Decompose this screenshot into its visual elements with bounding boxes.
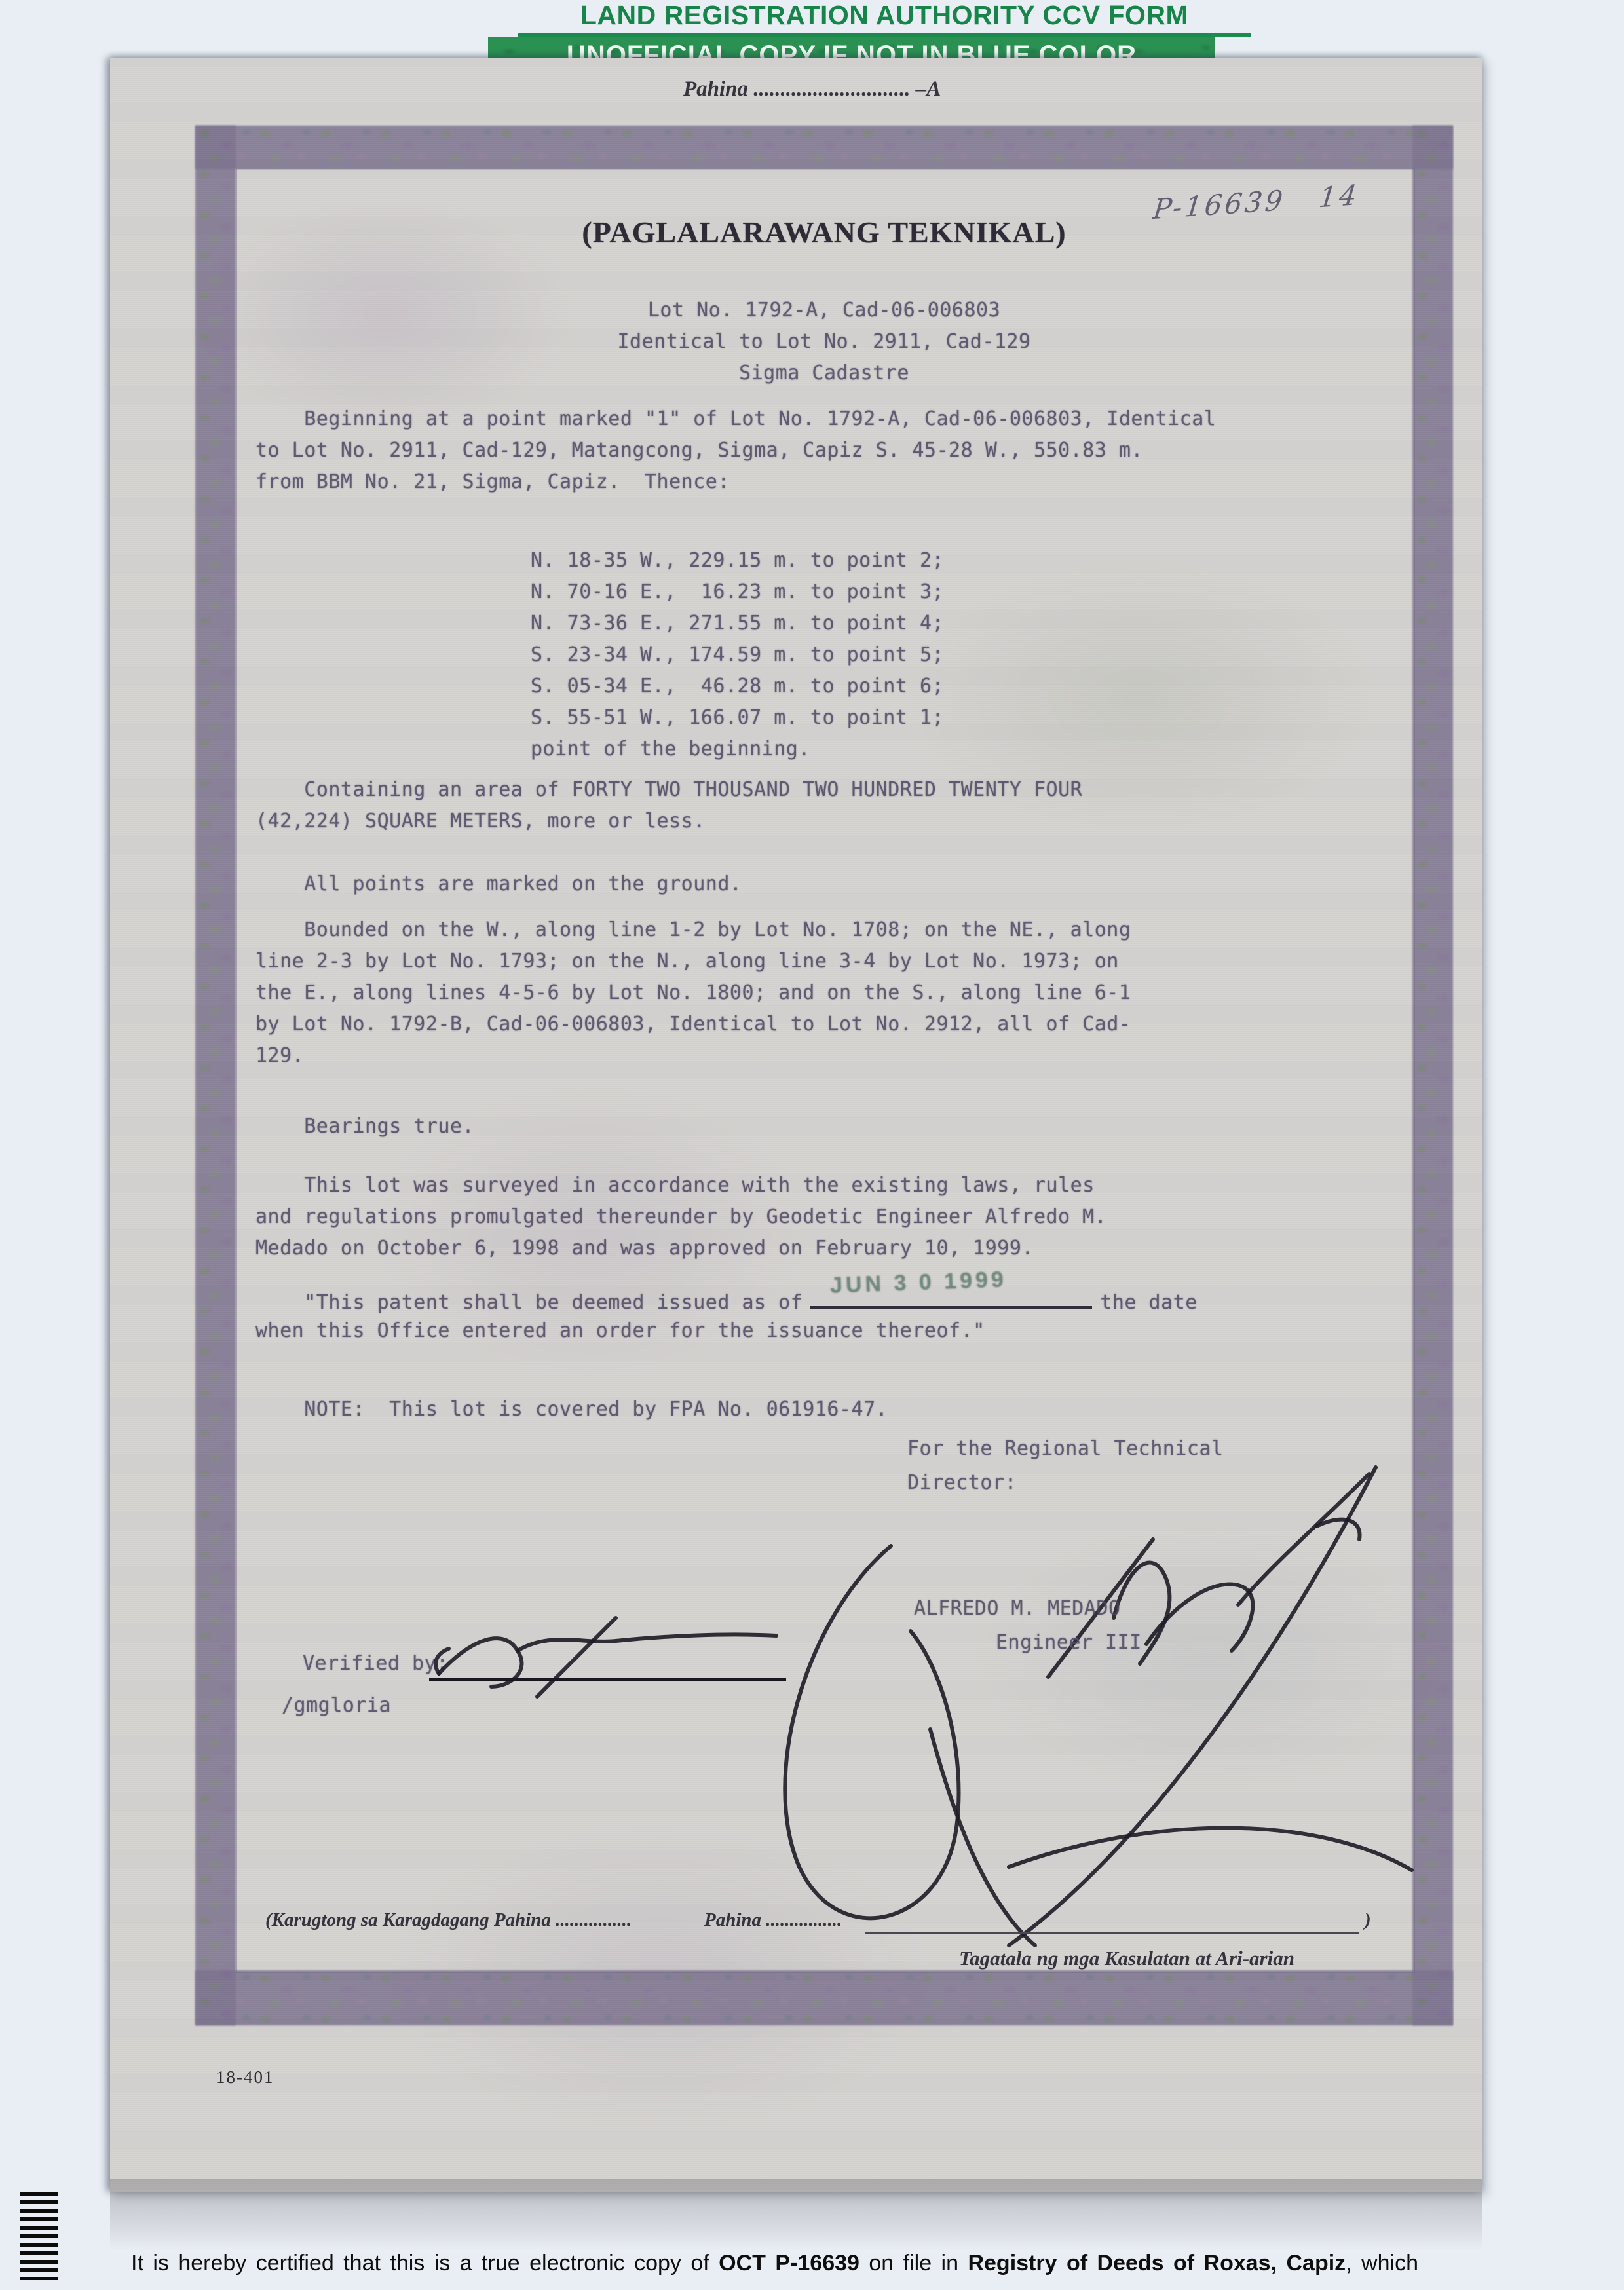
continuation-page-label: (Karugtong sa Karagdagang Pahina .......…: [265, 1909, 632, 1931]
certification-text-3: , which: [1346, 2251, 1418, 2276]
director-signature: [694, 1448, 1428, 1972]
patent-issuance-line2: when this Office entered an order for th…: [255, 1315, 1408, 1347]
bearings-true-line: Bearings true.: [255, 1111, 1408, 1142]
beginning-paragraph: Beginning at a point marked "1" of Lot N…: [255, 404, 1408, 498]
ornamental-border-right: [1412, 126, 1453, 2025]
certification-registry: Registry of Deeds of Roxas, Capiz: [968, 2251, 1346, 2276]
signoff-for-line: For the Regional Technical: [907, 1433, 1224, 1465]
form-number: 18-401: [216, 2067, 274, 2088]
ornamental-border-bottom: [195, 1970, 1453, 2025]
note-line: NOTE: This lot is covered by FPA No. 061…: [255, 1394, 1408, 1425]
closing-parenthesis: ): [1365, 1909, 1371, 1931]
ornamental-border-top: [195, 126, 1453, 169]
registrar-signature-line: [865, 1932, 1359, 1934]
signoff-director-line: Director:: [907, 1467, 1017, 1499]
verifier-initials: /gmgloria: [282, 1690, 391, 1721]
date-stamp: JUN 3 0 1999: [830, 1264, 1008, 1301]
signatory-name: ALFREDO M. MEDADO: [914, 1593, 1121, 1624]
scan-artifact-band: [110, 2179, 1482, 2251]
document-title: (PAGLALARAWANG TEKNIKAL): [195, 215, 1453, 250]
registrar-title: Tagatala ng mga Kasulatan at Ari-arian: [878, 1947, 1376, 1970]
certification-oct-number: OCT P-16639: [719, 2251, 859, 2276]
verified-signature-line: [429, 1678, 786, 1681]
page-number-label: Pahina ............................. –A: [683, 77, 941, 102]
certification-text-1: It is hereby certified that this is a tr…: [131, 2251, 719, 2276]
lra-form-header: LAND REGISTRATION AUTHORITY CCV FORM: [518, 0, 1251, 37]
verifier-signature: [419, 1608, 793, 1700]
bearing-distance-list: N. 18-35 W., 229.15 m. to point 2; N. 70…: [531, 545, 944, 765]
patent-text-after-blank: the date: [1100, 1291, 1198, 1314]
barcode: [20, 2192, 58, 2280]
lot-identification-block: Lot No. 1792-A, Cad-06-006803 Identical …: [195, 295, 1453, 389]
document-paper: Pahina ............................. –A …: [110, 58, 1482, 2192]
area-paragraph: Containing an area of FORTY TWO THOUSAND…: [255, 774, 1408, 837]
footer-pahina-label: Pahina ................: [704, 1909, 842, 1931]
survey-paragraph: This lot was surveyed in accordance with…: [255, 1170, 1408, 1264]
scanned-document-page: LAND REGISTRATION AUTHORITY CCV FORM UNO…: [0, 0, 1624, 2290]
patent-text-before-blank: "This patent shall be deemed issued as o…: [255, 1291, 803, 1314]
signatory-position: Engineer III: [996, 1627, 1142, 1659]
certification-text-2: on file in: [859, 2251, 968, 2276]
ornamental-border-left: [195, 126, 236, 2025]
patent-issuance-line: "This patent shall be deemed issued as o…: [255, 1284, 1422, 1319]
points-marked-line: All points are marked on the ground.: [255, 869, 1408, 900]
verified-by-label: Verified by:: [303, 1648, 449, 1680]
boundaries-paragraph: Bounded on the W., along line 1-2 by Lot…: [255, 914, 1408, 1072]
certification-line: It is hereby certified that this is a tr…: [131, 2251, 1605, 2276]
issuance-date-blank: JUN 3 0 1999: [810, 1284, 1092, 1309]
